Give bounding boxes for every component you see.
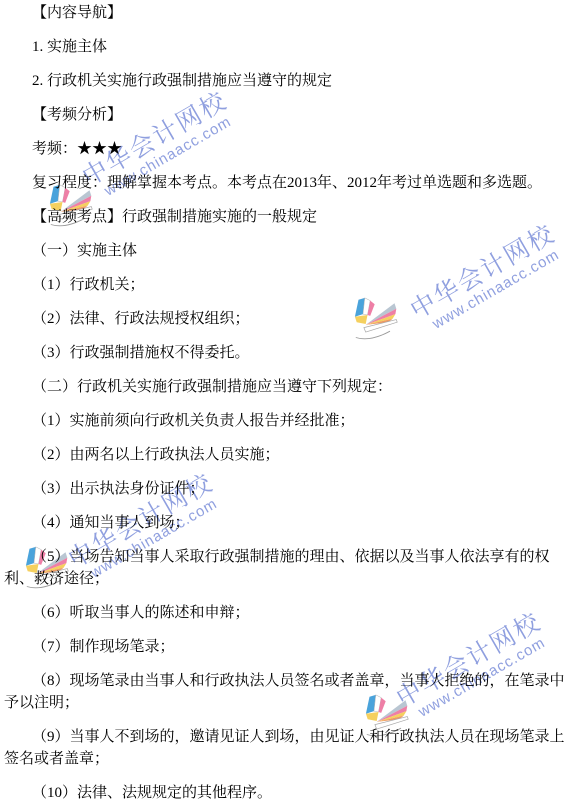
document-page: 中华会计网校 www.chinaacc.com 中华会计网校 www.china… [0, 0, 573, 807]
paragraph: （9）当事人不到场的，邀请见证人到场，由见证人和行政执法人员在现场笔录上签名或者… [4, 726, 573, 770]
paragraph: （2）由两名以上行政执法人员实施； [4, 444, 573, 466]
paragraph: 2. 行政机关实施行政强制措施应当遵守的规定 [4, 70, 573, 92]
paragraph: （3）出示执法身份证件； [4, 478, 573, 500]
paragraph: （8）现场笔录由当事人和行政执法人员签名或者盖章，当事人拒绝的，在笔录中予以注明… [4, 670, 573, 714]
paragraph: （1）行政机关； [4, 274, 573, 296]
paragraph-exam-frequency-stars: 考频：★★★ [4, 138, 573, 160]
paragraph: （3）行政强制措施权不得委托。 [4, 342, 573, 364]
paragraph: （5）当场告知当事人采取行政强制措施的理由、依据以及当事人依法享有的权利、救济途… [4, 546, 573, 590]
paragraph: （10）法律、法规规定的其他程序。 [4, 782, 573, 804]
paragraph: 1. 实施主体 [4, 36, 573, 58]
paragraph: （6）听取当事人的陈述和申辩； [4, 602, 573, 624]
paragraph: （1）实施前须向行政机关负责人报告并经批准； [4, 410, 573, 432]
paragraph: （7）制作现场笔录； [4, 636, 573, 658]
paragraph-content-nav-header: 【内容导航】 [4, 2, 573, 24]
paragraph: （4）通知当事人到场； [4, 512, 573, 534]
paragraph: 复习程度：理解掌握本考点。本考点在2013年、2012年考过单选题和多选题。 [4, 172, 573, 194]
paragraph: （二）行政机关实施行政强制措施应当遵守下列规定： [4, 376, 573, 398]
document-body: 【内容导航】 1. 实施主体 2. 行政机关实施行政强制措施应当遵守的规定 【考… [0, 0, 573, 804]
paragraph-hot-topic-header: 【高频考点】行政强制措施实施的一般规定 [4, 206, 573, 228]
paragraph-exam-frequency-header: 【考频分析】 [4, 104, 573, 126]
paragraph: （一）实施主体 [4, 240, 573, 262]
paragraph: （2）法律、行政法规授权组织； [4, 308, 573, 330]
